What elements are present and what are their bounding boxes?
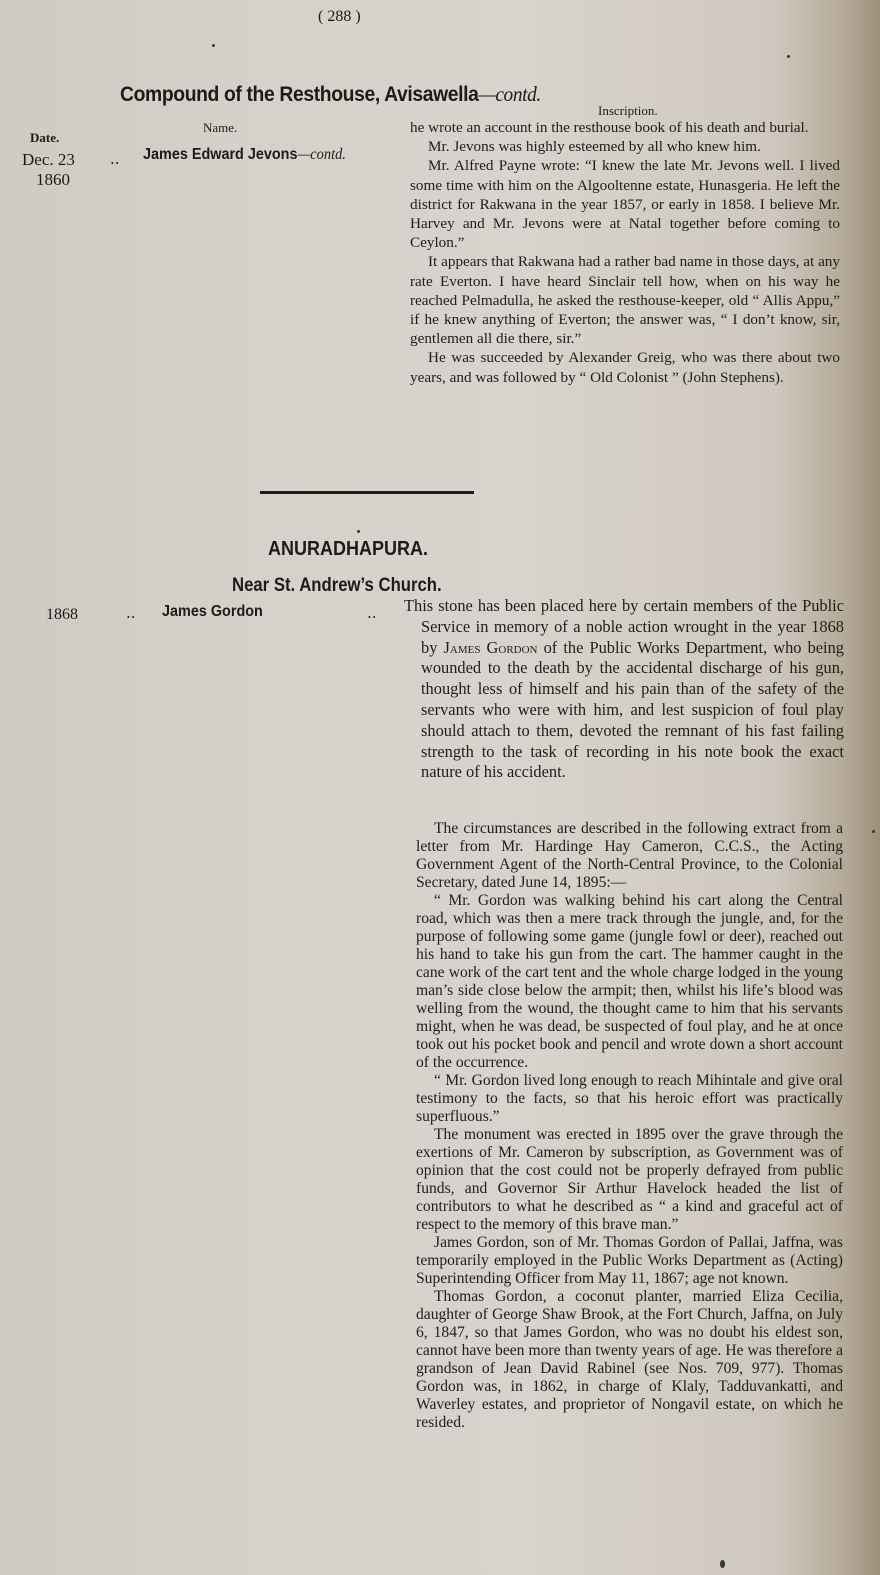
paper-speck — [357, 530, 360, 533]
section-divider — [260, 491, 474, 494]
note-paragraph: “ Mr. Gordon was walking behind his cart… — [416, 892, 843, 1072]
header-date: Date. — [30, 130, 59, 146]
paper-speck — [720, 1560, 725, 1568]
inscription-text-section1: he wrote an account in the resthouse boo… — [410, 118, 840, 387]
note-paragraph: “ Mr. Gordon lived long enough to reach … — [416, 1072, 843, 1126]
entry-year: 1860 — [36, 170, 70, 190]
entry-separator: .. — [126, 604, 136, 622]
inscription-name: James Gordon — [444, 638, 538, 657]
notes-text: The circumstances are described in the f… — [416, 820, 843, 1432]
entry-date: Dec. 23 — [22, 150, 75, 170]
section-title: Compound of the Resthouse, Avisawella—co… — [120, 82, 541, 107]
inscription-paragraph: It appears that Rakwana had a rather bad… — [410, 252, 840, 348]
inscription-main: This stone has been placed here by certa… — [404, 596, 844, 783]
header-name: Name. — [203, 120, 237, 136]
entry-separator: .. — [110, 150, 120, 168]
page-number: ( 288 ) — [318, 8, 361, 26]
note-paragraph: The circumstances are described in the f… — [416, 820, 843, 892]
entry-name-suffix: —contd. — [297, 146, 345, 163]
note-paragraph: The monument was erected in 1895 over th… — [416, 1126, 843, 1234]
paper-speck — [787, 55, 790, 58]
location-subheading: Near St. Andrew’s Church. — [232, 575, 442, 597]
inscription-paragraph: Mr. Alfred Payne wrote: “I knew the late… — [410, 156, 840, 252]
entry-date-1868: 1868 — [46, 606, 78, 624]
entry-name-gordon: James Gordon — [162, 603, 263, 621]
note-paragraph: James Gordon, son of Mr. Thomas Gordon o… — [416, 1234, 843, 1288]
inscription-paragraph: He was succeeded by Alexander Greig, who… — [410, 348, 840, 386]
inscription-paragraph: he wrote an account in the resthouse boo… — [410, 118, 840, 137]
entry-name: James Edward Jevons—contd. — [143, 146, 346, 164]
paper-speck — [212, 44, 215, 47]
paper-speck — [872, 830, 875, 833]
inscription-post: of the Public Works Department, who bein… — [421, 638, 844, 782]
section-title-suffix: —contd. — [479, 82, 541, 106]
place-heading: ANURADHAPURA. — [268, 538, 428, 561]
note-paragraph: Thomas Gordon, a coconut planter, marrie… — [416, 1288, 843, 1432]
entry-separator: .. — [367, 604, 377, 622]
inscription-paragraph: Mr. Jevons was highly esteemed by all wh… — [410, 137, 840, 156]
inscription-text-section2: This stone has been placed here by certa… — [404, 596, 844, 783]
entry-name-text: James Edward Jevons — [143, 146, 297, 163]
section-title-text: Compound of the Resthouse, Avisawella — [120, 83, 479, 106]
header-inscription: Inscription. — [598, 103, 658, 119]
